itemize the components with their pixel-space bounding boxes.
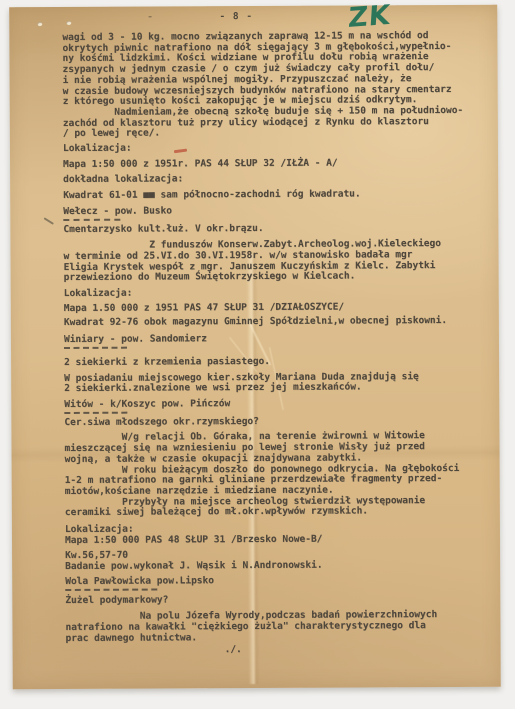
line-zuzel: Żużel podymarkowy? [65, 593, 495, 606]
line-siekierki-text: 2 siekierki z krzemienia pasiastego. [64, 356, 270, 368]
label-lokalizacja-2-text: Lokalizacja: [64, 288, 133, 299]
document-body: wagi od 3 - 10 kg. mocno związanych zapr… [62, 31, 495, 657]
heading-witow-text: Witów - k/Koszyc pow. Pińczów [64, 398, 230, 410]
heading-wola-pawlowicka: Wola Pawłowicka pow.Lipsko [65, 575, 495, 588]
line-kwadrat-92-76-text: Kwadrat 92-76 obok magazynu Gminnej Spół… [64, 315, 447, 328]
label-lokalizacja-3-text: Lokalizacja: [65, 524, 134, 535]
paragraph-wyroda-field: Na polu Józefa Wyrody,podczas badań powi… [65, 610, 495, 644]
footer-mark-text: ./. [225, 644, 242, 655]
stray-typed-dash: - [147, 12, 153, 23]
line-cmentarzysko-text: Cmentarzysko kult.łuż. V okr.brązu. [63, 223, 263, 235]
line-kwadrat-61-01: Kwadrat 61-01 ■■ sam północno-zachodni r… [63, 189, 493, 202]
line-cer-siwa-text: Cer.siwa młodszego okr.rzymskiego? [64, 416, 259, 428]
paragraph-excavation-1958-text: Z funduszów Konserw.Zabyt.Archeolog.woj.… [63, 238, 441, 283]
line-cmentarzysko: Cmentarzysko kult.łuż. V okr.brązu. [63, 222, 493, 235]
map-ref-brzesko: Mapa 1:50 000 PAS 48 SŁUP 31 /Brzesko No… [65, 533, 495, 546]
heading-wola-pawlowicka-text: Wola Pawłowicka pow.Lipsko [65, 575, 214, 587]
paragraph-bone-pit: wagi od 3 - 10 kg. mocno związanych zapr… [62, 31, 493, 140]
line-cer-siwa: Cer.siwa młodszego okr.rzymskiego? [64, 415, 494, 428]
label-dokladna-lokalizacja-text: dokładna lokalizacja: [63, 174, 183, 186]
heading-witow-underline [64, 411, 127, 413]
map-ref-dzialoszyce: Mapa 1.50 000 z 1951 PAS 47 SŁUP 31 /DZI… [64, 302, 494, 315]
heading-winiary: Winiary - pow. Sandomierz [64, 333, 494, 346]
label-lokalizacja-1-text: Lokalizacja: [63, 143, 132, 154]
paragraph-duda-text: W posiadaniu miejscowego kier.szkoły Mar… [64, 371, 419, 395]
paragraph-duda: W posiadaniu miejscowego kier.szkoły Mar… [64, 371, 494, 395]
line-kwadrat-61-01-text: Kwadrat 61-01 ■■ sam północno-zachodni r… [63, 189, 360, 202]
paragraph-bone-pit-text: wagi od 3 - 10 kg. mocno związanych zapr… [62, 30, 463, 139]
paragraph-witow-discovery: W/g relacji Ob. Góraka, na terenie żwiro… [64, 431, 494, 519]
paper-damage-speck [66, 21, 71, 25]
paragraph-wyroda-field-text: Na polu Józefa Wyrody,podczas badań powi… [65, 609, 437, 643]
line-siekierki: 2 siekierki z krzemienia pasiastego. [64, 356, 494, 369]
heading-winiary-text: Winiary - pow. Sandomierz [64, 333, 207, 345]
heading-welecz-underline [63, 218, 120, 220]
handwritten-initials-green: ZK [347, 0, 391, 34]
label-dokladna-lokalizacja: dokładna lokalizacja: [63, 173, 493, 186]
line-kwadrat-92-76: Kwadrat 92-76 obok magazynu Gminnej Spół… [64, 316, 494, 329]
label-lokalizacja-1: Lokalizacja: [63, 142, 493, 155]
pencil-tick-mark [44, 217, 54, 224]
heading-winiary-underline [64, 347, 127, 349]
heading-wola-pawlowicka-underline [65, 588, 157, 590]
line-kw-badanie-text: Kw.56,57-70 Badanie pow.wykonał J. Wąsik… [65, 550, 323, 572]
map-ref-brzesko-text: Mapa 1:50 000 PAS 48 SŁUP 31 /Brzesko No… [65, 533, 322, 545]
heading-welecz-text: Wełecz - pow. Busko [63, 205, 172, 217]
heading-welecz: Wełecz - pow. Busko [63, 205, 493, 218]
paragraph-excavation-1958: Z funduszów Konserw.Zabyt.Archeolog.woj.… [63, 239, 493, 284]
line-kw-badanie: Kw.56,57-70 Badanie pow.wykonał J. Wąsik… [65, 549, 495, 573]
paragraph-witow-discovery-text: W/g relacji Ob. Góraka, na terenie żwiro… [64, 431, 459, 519]
line-zuzel-text: Żużel podymarkowy? [65, 594, 168, 606]
map-ref-dzialoszyce-text: Mapa 1.50 000 z 1951 PAS 47 SŁUP 31 /DZI… [64, 301, 344, 313]
page-number: - 8 - [205, 11, 267, 22]
label-lokalizacja-2: Lokalizacja: [64, 287, 494, 300]
map-ref-ilza: Mapa 1:50 000 z 1951r. PAS 44 SŁUP 32 /I… [63, 157, 493, 170]
footer-mark: ./. [66, 644, 496, 657]
heading-witow: Witów - k/Koszyc pow. Pińczów [64, 398, 494, 411]
scanned-document-photo: { "colors": { "background": "#f1f0ee", "… [0, 0, 515, 709]
document-page: - - 8 - ZK wagi od 3 - 10 kg. mocno zwią… [9, 5, 501, 690]
paper-damage-speck [37, 22, 42, 26]
map-ref-ilza-text: Mapa 1:50 000 z 1951r. PAS 44 SŁUP 32 /I… [63, 157, 338, 169]
